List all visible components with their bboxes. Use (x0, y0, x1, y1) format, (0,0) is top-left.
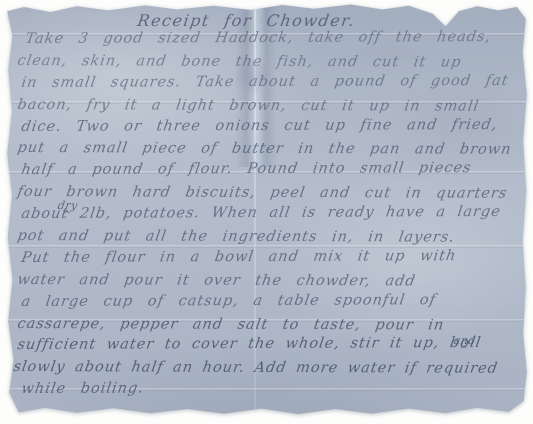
caret-mark: ^ (55, 211, 77, 221)
interlinear-insertion-and: and ^ (451, 335, 477, 356)
handwritten-line: half a pound of flour. Pound into small … (19, 160, 530, 184)
handwritten-line: Put the flour in a bowl and mix it up wi… (19, 248, 530, 272)
handwritten-line: a large cup of catsup, a table spoonful … (19, 291, 530, 315)
scanned-document-photo: Receipt for Chowder. Take 3 good sized H… (0, 0, 533, 424)
interlinear-insertion-dry: dry ^ (55, 200, 78, 221)
recipe-title: Receipt for Chowder. (1, 11, 491, 30)
handwritten-line: about 2lb, potatoes. When all is ready h… (19, 204, 530, 228)
handwritten-text-block: Take 3 good sized Haddock, take off the … (17, 31, 528, 422)
paper-shadow: Receipt for Chowder. Take 3 good sized H… (3, 2, 530, 422)
handwritten-line: in small squares. Take about a pound of … (19, 73, 530, 97)
handwritten-line: Take 3 good sized Haddock, take off the … (23, 29, 530, 53)
caret-mark: ^ (451, 346, 475, 356)
manuscript-paper: Receipt for Chowder. Take 3 good sized H… (3, 2, 530, 422)
handwritten-line: while boiling. (19, 379, 530, 403)
handwritten-line: dice. Two or three onions cut up fine an… (19, 116, 530, 140)
